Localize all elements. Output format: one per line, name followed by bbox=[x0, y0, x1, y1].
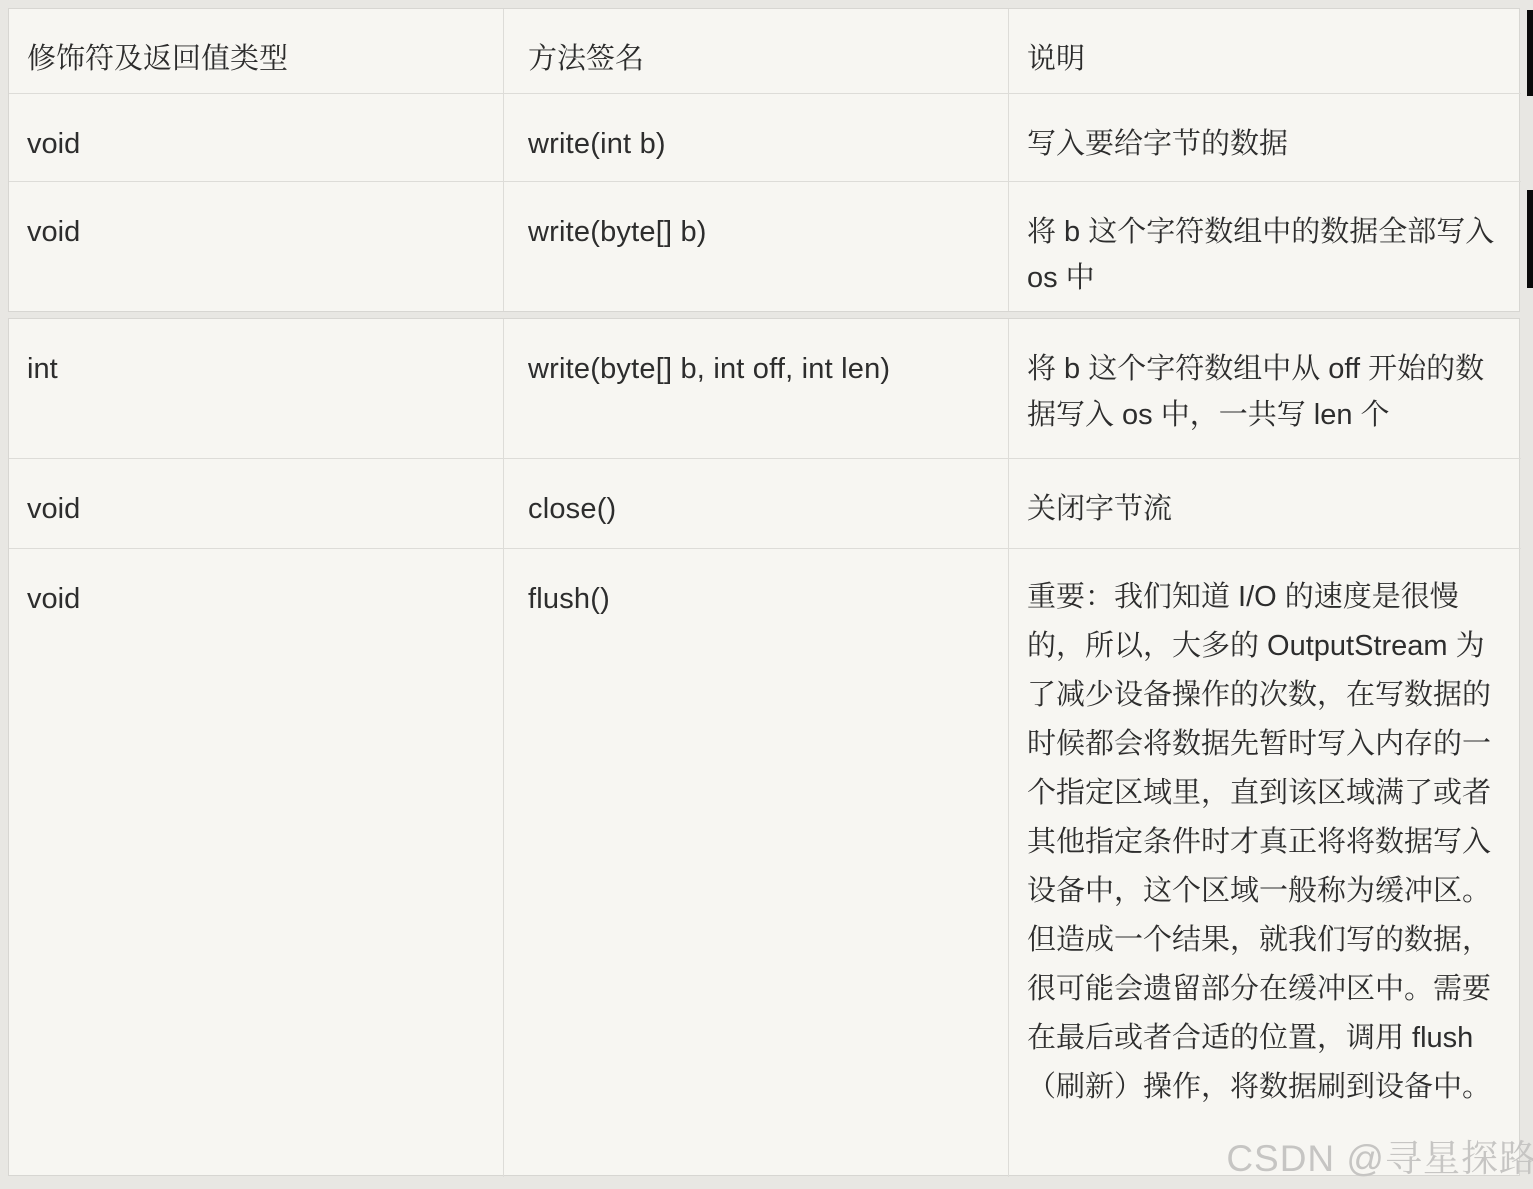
methods-table-lower: int write(byte[] b, int off, int len) 将 … bbox=[8, 318, 1520, 1176]
row-flush-description: 重要：我们知道 I/O 的速度是很慢的，所以，大多的 OutputStream … bbox=[1009, 549, 1521, 1177]
row-close-signature: close() bbox=[504, 459, 1009, 549]
csdn-watermark: CSDN @寻星探路 bbox=[1226, 1128, 1533, 1182]
row-write-int-signature: write(int b) bbox=[504, 94, 1009, 182]
row-write-bytearray-type: void bbox=[9, 182, 504, 311]
row-write-offset-description: 将 b 这个字符数组中从 off 开始的数据写入 os 中，一共写 len 个 bbox=[1009, 319, 1521, 459]
column-header-description: 说明 bbox=[1009, 9, 1521, 94]
row-write-int-description: 写入要给字节的数据 bbox=[1009, 94, 1521, 182]
document-page: 修饰符及返回值类型 方法签名 说明 void write(int b) 写入要给… bbox=[0, 0, 1533, 1189]
row-write-bytearray-description: 将 b 这个字符数组中的数据全部写入 os 中 bbox=[1009, 182, 1521, 311]
row-write-offset-type: int bbox=[9, 319, 504, 459]
row-close-type: void bbox=[9, 459, 504, 549]
row-flush-type: void bbox=[9, 549, 504, 1177]
column-header-method-signature: 方法签名 bbox=[504, 9, 1009, 94]
methods-table-upper: 修饰符及返回值类型 方法签名 说明 void write(int b) 写入要给… bbox=[8, 8, 1520, 312]
scrollbar-fragment bbox=[1527, 10, 1533, 96]
row-write-offset-signature: write(byte[] b, int off, int len) bbox=[504, 319, 1009, 459]
row-flush-signature: flush() bbox=[504, 549, 1009, 1177]
row-write-bytearray-signature: write(byte[] b) bbox=[504, 182, 1009, 311]
column-header-modifier-return-type: 修饰符及返回值类型 bbox=[9, 9, 504, 94]
row-write-int-type: void bbox=[9, 94, 504, 182]
row-close-description: 关闭字节流 bbox=[1009, 459, 1521, 549]
scrollbar-fragment bbox=[1527, 190, 1533, 288]
